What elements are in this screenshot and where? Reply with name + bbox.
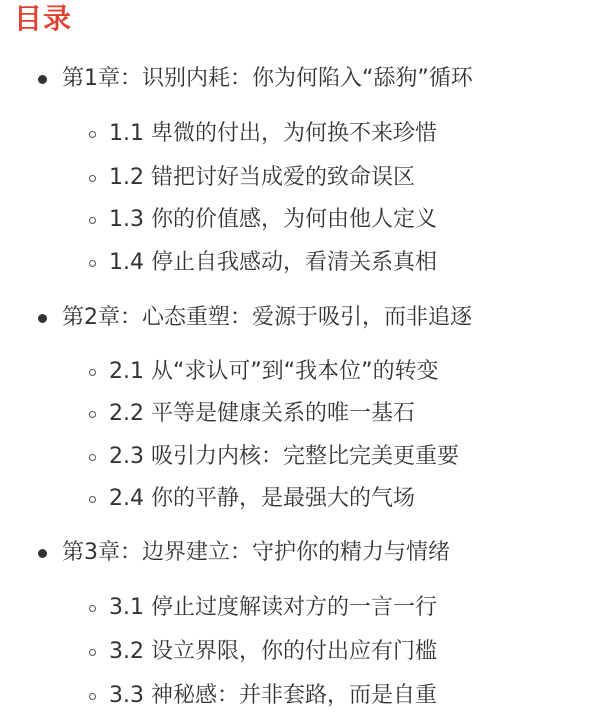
section-1-3-item[interactable]: 1.3 你的价值感，为何由他人定义 <box>89 205 437 235</box>
bullet-circle-icon <box>89 496 96 503</box>
chapter-3-item[interactable]: 第3章：边界建立：守护你的精力与情绪 <box>38 538 450 568</box>
bullet-circle-icon <box>89 649 96 656</box>
section-1-1-label: 1.1 卑微的付出，为何换不来珍惜 <box>109 119 437 149</box>
bullet-circle-icon <box>89 411 96 418</box>
section-1-4-item[interactable]: 1.4 停止自我感动，看清关系真相 <box>89 248 437 278</box>
section-2-3-label: 2.3 吸引力内核：完整比完美更重要 <box>109 442 459 472</box>
toc-title: 目录 <box>14 1 72 37</box>
bullet-circle-icon <box>89 175 96 182</box>
section-3-1-label: 3.1 停止过度解读对方的一言一行 <box>109 593 437 623</box>
bullet-disc-icon <box>38 75 47 84</box>
section-2-1-item[interactable]: 2.1 从“求认可”到“我本位”的转变 <box>89 357 439 387</box>
chapter-1-label: 第1章：识别内耗：你为何陷入“舔狗”循环 <box>62 64 473 94</box>
section-3-3-item[interactable]: 3.3 神秘感：并非套路，而是自重 <box>89 681 437 711</box>
bullet-circle-icon <box>89 217 96 224</box>
section-1-2-item[interactable]: 1.2 错把讨好当成爱的致命误区 <box>89 163 415 193</box>
section-2-2-item[interactable]: 2.2 平等是健康关系的唯一基石 <box>89 399 415 429</box>
section-1-2-label: 1.2 错把讨好当成爱的致命误区 <box>109 163 415 193</box>
bullet-circle-icon <box>89 605 96 612</box>
section-3-1-item[interactable]: 3.1 停止过度解读对方的一言一行 <box>89 593 437 623</box>
section-3-2-item[interactable]: 3.2 设立界限，你的付出应有门槛 <box>89 637 437 667</box>
section-2-2-label: 2.2 平等是健康关系的唯一基石 <box>109 399 415 429</box>
chapter-2-label: 第2章：心态重塑：爱源于吸引，而非追逐 <box>62 303 472 333</box>
section-1-3-label: 1.3 你的价值感，为何由他人定义 <box>109 205 437 235</box>
bullet-circle-icon <box>89 454 96 461</box>
chapter-1-item[interactable]: 第1章：识别内耗：你为何陷入“舔狗”循环 <box>38 64 473 94</box>
bullet-circle-icon <box>89 369 96 376</box>
section-2-1-label: 2.1 从“求认可”到“我本位”的转变 <box>109 357 439 387</box>
bullet-disc-icon <box>38 314 47 323</box>
section-2-3-item[interactable]: 2.3 吸引力内核：完整比完美更重要 <box>89 442 459 472</box>
section-2-4-item[interactable]: 2.4 你的平静，是最强大的气场 <box>89 484 415 514</box>
section-2-4-label: 2.4 你的平静，是最强大的气场 <box>109 484 415 514</box>
bullet-circle-icon <box>89 693 96 700</box>
section-1-4-label: 1.4 停止自我感动，看清关系真相 <box>109 248 437 278</box>
chapter-2-item[interactable]: 第2章：心态重塑：爱源于吸引，而非追逐 <box>38 303 472 333</box>
bullet-disc-icon <box>38 549 47 558</box>
bullet-circle-icon <box>89 260 96 267</box>
bullet-circle-icon <box>89 131 96 138</box>
section-1-1-item[interactable]: 1.1 卑微的付出，为何换不来珍惜 <box>89 119 437 149</box>
section-3-2-label: 3.2 设立界限，你的付出应有门槛 <box>109 637 437 667</box>
section-3-3-label: 3.3 神秘感：并非套路，而是自重 <box>109 681 437 711</box>
chapter-3-label: 第3章：边界建立：守护你的精力与情绪 <box>62 538 450 568</box>
